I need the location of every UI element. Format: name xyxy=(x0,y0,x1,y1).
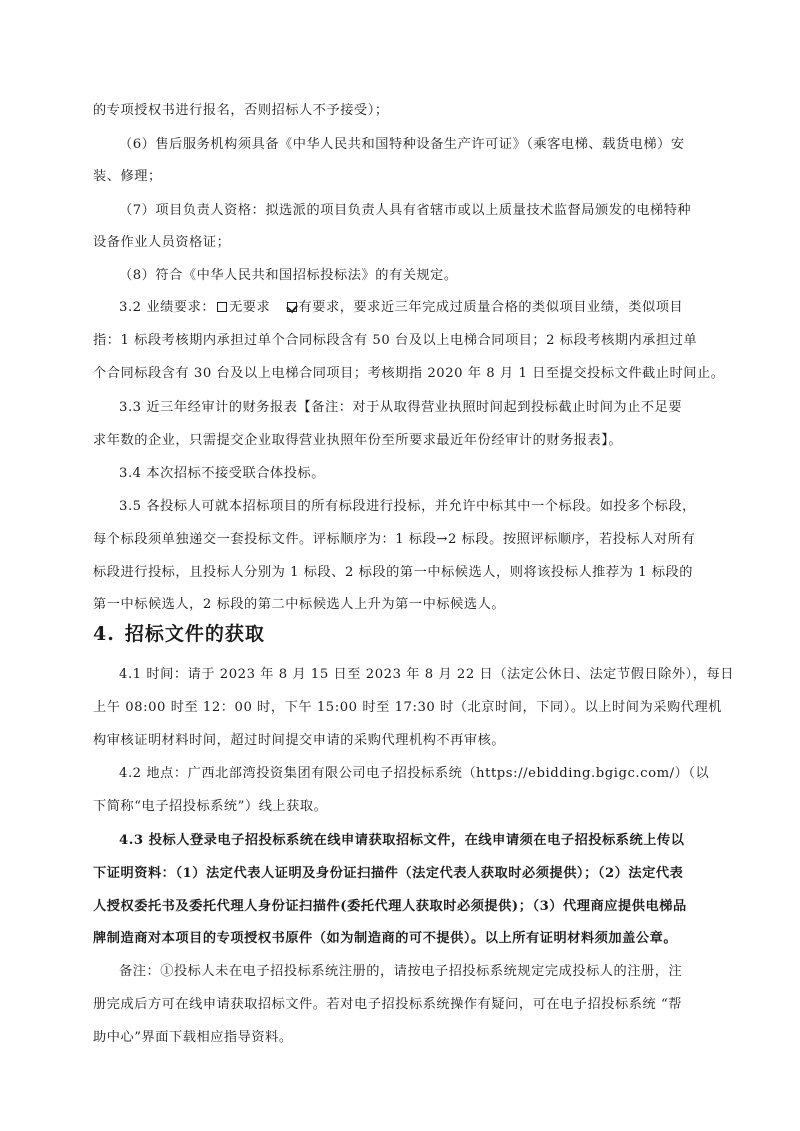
heading-number: 4. xyxy=(93,623,115,645)
text-segment: ，要求近三年完成过质量合格的类似项目业绩，类似项目 xyxy=(340,300,683,315)
option-no-label: 无要求 xyxy=(229,300,270,315)
checkbox-has-requirement xyxy=(287,302,297,312)
text-line: 助中心”界面下载相应指导资料。 xyxy=(93,1028,713,1048)
text-line: （7）项目负责人资格：拟选派的项目负责人具有省辖市或以上质量技术监督局颁发的电梯… xyxy=(119,201,713,221)
text-line: （8）符合《中华人民共和国招标投标法》的有关规定。 xyxy=(119,266,713,286)
text-line: 册完成后方可在线申请获取招标文件。若对电子招投标系统操作有疑问，可在电子招投标系… xyxy=(93,995,713,1015)
text-line: 每个标段须单独递交一套投标文件。评标顺序为：1 标段→2 标段。按照评标顺序，若… xyxy=(93,530,713,550)
bold-text-line: 4.3 投标人登录电子招投标系统在线申请获取招标文件，在线申请须在电子招投标系统… xyxy=(119,831,713,851)
document-page: 的专项授权书进行报名，否则招标人不予接受）； （6）售后服务机构须具备《中华人民… xyxy=(0,0,800,1131)
text-line: 构审核证明材料时间，超过时间提交申请的采购代理机构不再审核。 xyxy=(93,731,713,751)
text-line: （6）售后服务机构须具备《中华人民共和国特种设备生产许可证》（乘客电梯、载货电梯… xyxy=(119,135,713,155)
text-line: 标段进行投标，且投标人分别为 1 标段、2 标段的第一中标候选人，则将该投标人推… xyxy=(93,563,713,583)
bold-text-line: 牌制造商对本项目的专项授权书原件（如为制造商的可不提供）。以上所有证明材料须加盖… xyxy=(93,929,713,949)
text-line: 第一中标候选人，2 标段的第二中标候选人上升为第一中标候选人。 xyxy=(93,595,713,615)
text-line: 上午 08:00 时至 12：00 时，下午 15:00 时至 17:30 时（… xyxy=(93,698,713,718)
performance-requirement-line: 3.2 业绩要求：无要求 有要求，要求近三年完成过质量合格的类似项目业绩，类似项… xyxy=(119,298,713,318)
text-line: 3.5 各投标人可就本招标项目的所有标段进行投标，并允许中标其中一个标段。如投多… xyxy=(119,497,713,517)
bold-text-line: 人授权委托书及委托代理人身份证扫描件(委托代理人获取时必须提供)；（3）代理商应… xyxy=(93,897,713,917)
text-line: 下简称“电子招投标系统”）线上获取。 xyxy=(93,797,713,817)
text-line: 指：1 标段考核期内承担过单个合同标段含有 50 台及以上电梯合同项目；2 标段… xyxy=(93,331,713,351)
text-line: 的专项授权书进行报名，否则招标人不予接受）； xyxy=(93,101,713,121)
text-line: 3.4 本次招标不接受联合体投标。 xyxy=(119,464,713,484)
text-line: 装、修理； xyxy=(93,167,713,187)
option-yes-label: 有要求 xyxy=(299,300,340,315)
text-line: 设备作业人员资格证； xyxy=(93,233,713,253)
text-line: 个合同标段含有 30 台及以上电梯合同项目；考核期指 2020 年 8 月 1 … xyxy=(93,364,713,384)
section-heading: 4.招标文件的获取 xyxy=(93,621,265,647)
text-line: 求年数的企业，只需提交企业取得营业执照年份至所要求最近年份经审计的财务报表】。 xyxy=(93,431,713,451)
section-label: 3.2 业绩要求： xyxy=(119,300,215,315)
text-line: 4.1 时间：请于 2023 年 8 月 15 日至 2023 年 8 月 22… xyxy=(119,665,713,685)
text-line: 4.2 地点：广西北部湾投资集团有限公司电子招投标系统（https://ebid… xyxy=(119,764,713,784)
bold-text-line: 下证明资料：（1）法定代表人证明及身份证扫描件（法定代表人获取时必须提供）；（2… xyxy=(93,864,713,884)
text-line: 备注：①投标人未在电子招投标系统注册的，请按电子招投标系统规定完成投标人的注册，… xyxy=(119,962,713,982)
checkbox-no-requirement xyxy=(217,302,227,312)
heading-title: 招标文件的获取 xyxy=(125,623,265,645)
text-line: 3.3 近三年经审计的财务报表【备注：对于从取得营业执照时间起到投标截止时间为止… xyxy=(119,398,713,418)
